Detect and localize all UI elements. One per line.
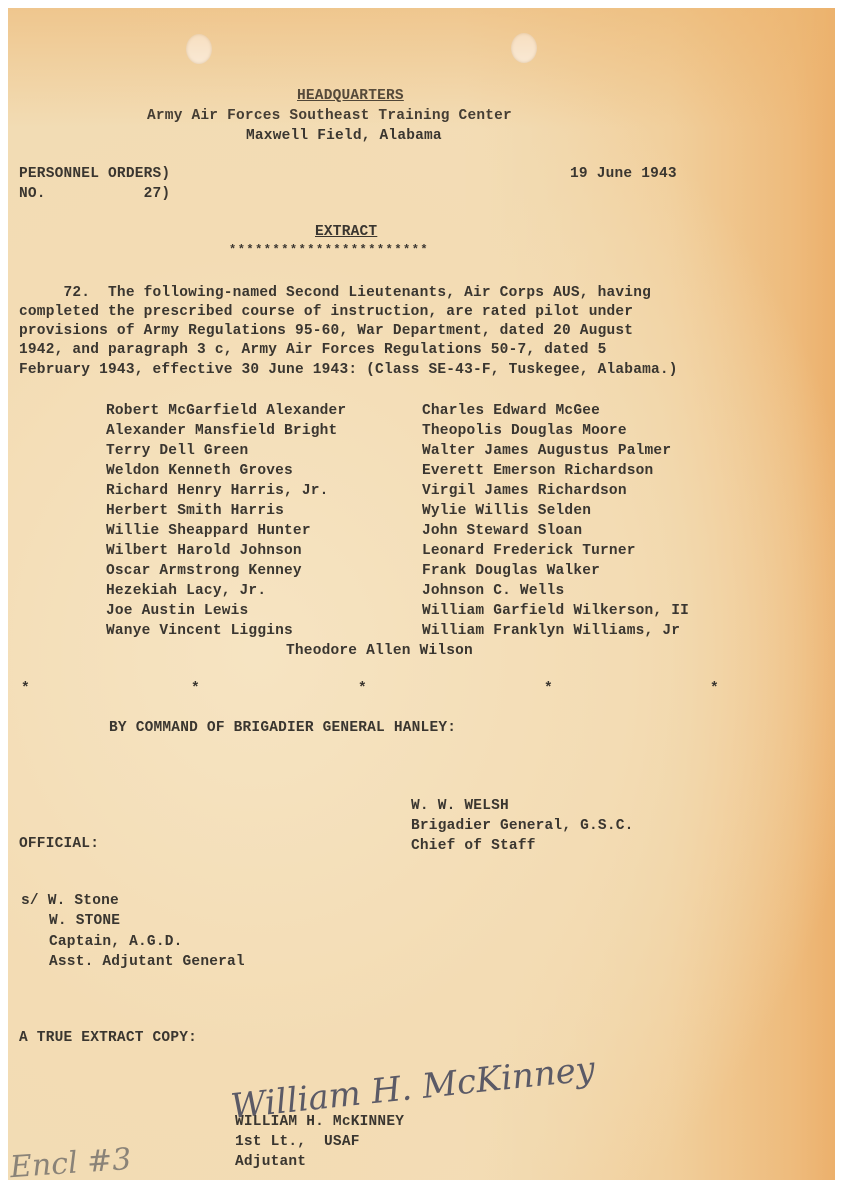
punch-hole-right bbox=[511, 33, 537, 63]
command-line: BY COMMAND OF BRIGADIER GENERAL HANLEY: bbox=[109, 718, 456, 738]
paragraph-line: February 1943, effective 30 June 1943: (… bbox=[19, 360, 678, 380]
name-entry: Leonard Frederick Turner bbox=[422, 541, 636, 561]
name-entry: Virgil James Richardson bbox=[422, 481, 627, 501]
name-entry: William Franklyn Williams, Jr bbox=[422, 621, 680, 641]
personnel-orders-label: PERSONNEL ORDERS) bbox=[19, 164, 170, 184]
name-entry: John Steward Sloan bbox=[422, 521, 582, 541]
name-entry: Herbert Smith Harris bbox=[106, 501, 284, 521]
name-entry: Oscar Armstrong Kenney bbox=[106, 561, 302, 581]
name-entry: Wilbert Harold Johnson bbox=[106, 541, 302, 561]
document-page: HEADQUARTERS Army Air Forces Southeast T… bbox=[8, 8, 835, 1180]
name-entry-final: Theodore Allen Wilson bbox=[286, 641, 473, 661]
name-entry: Willie Sheappard Hunter bbox=[106, 521, 311, 541]
order-date: 19 June 1943 bbox=[570, 164, 677, 184]
official-name: W. STONE bbox=[49, 911, 120, 931]
separator-asterisk: * bbox=[21, 679, 30, 699]
certifier-rank: 1st Lt., USAF bbox=[235, 1132, 360, 1152]
official-title: Asst. Adjutant General bbox=[49, 952, 245, 972]
name-entry: Johnson C. Wells bbox=[422, 581, 564, 601]
separator-asterisk: * bbox=[191, 679, 200, 699]
punch-hole-left bbox=[186, 34, 212, 64]
header-headquarters: HEADQUARTERS bbox=[297, 86, 404, 106]
name-entry: William Garfield Wilkerson, II bbox=[422, 601, 689, 621]
name-entry: Charles Edward McGee bbox=[422, 401, 600, 421]
name-entry: Richard Henry Harris, Jr. bbox=[106, 481, 329, 501]
official-signed: s/ W. Stone bbox=[21, 891, 119, 911]
true-copy-label: A TRUE EXTRACT COPY: bbox=[19, 1028, 197, 1048]
name-entry: Hezekiah Lacy, Jr. bbox=[106, 581, 266, 601]
name-entry: Wanye Vincent Liggins bbox=[106, 621, 293, 641]
official-label: OFFICIAL: bbox=[19, 834, 99, 854]
name-entry: Wylie Willis Selden bbox=[422, 501, 591, 521]
extract-rule: *********************** bbox=[229, 240, 429, 260]
paragraph-line: 1942, and paragraph 3 c, Army Air Forces… bbox=[19, 340, 607, 360]
name-entry: Theopolis Douglas Moore bbox=[422, 421, 627, 441]
separator-asterisk: * bbox=[544, 679, 553, 699]
name-entry: Frank Douglas Walker bbox=[422, 561, 600, 581]
handwritten-enclosure-note: Encl #3 bbox=[9, 1142, 133, 1185]
name-entry: Weldon Kenneth Groves bbox=[106, 461, 293, 481]
commander-title: Chief of Staff bbox=[411, 836, 536, 856]
extract-title: EXTRACT bbox=[315, 222, 377, 242]
separator-asterisk: * bbox=[358, 679, 367, 699]
header-organization: Army Air Forces Southeast Training Cente… bbox=[147, 106, 512, 126]
name-entry: Walter James Augustus Palmer bbox=[422, 441, 671, 461]
name-entry: Alexander Mansfield Bright bbox=[106, 421, 337, 441]
paragraph-line: 72. The following-named Second Lieutenan… bbox=[19, 283, 651, 303]
name-entry: Terry Dell Green bbox=[106, 441, 248, 461]
name-entry: Everett Emerson Richardson bbox=[422, 461, 653, 481]
certifier-title: Adjutant bbox=[235, 1152, 306, 1172]
commander-rank: Brigadier General, G.S.C. bbox=[411, 816, 634, 836]
name-entry: Robert McGarfield Alexander bbox=[106, 401, 346, 421]
commander-name: W. W. WELSH bbox=[411, 796, 509, 816]
paragraph-line: completed the prescribed course of instr… bbox=[19, 302, 633, 322]
order-number: NO. 27) bbox=[19, 184, 170, 204]
name-entry: Joe Austin Lewis bbox=[106, 601, 248, 621]
separator-asterisk: * bbox=[710, 679, 719, 699]
header-location: Maxwell Field, Alabama bbox=[246, 126, 442, 146]
paragraph-line: provisions of Army Regulations 95-60, Wa… bbox=[19, 321, 633, 341]
certifier-name: WILLIAM H. McKINNEY bbox=[235, 1112, 404, 1132]
official-rank: Captain, A.G.D. bbox=[49, 932, 183, 952]
